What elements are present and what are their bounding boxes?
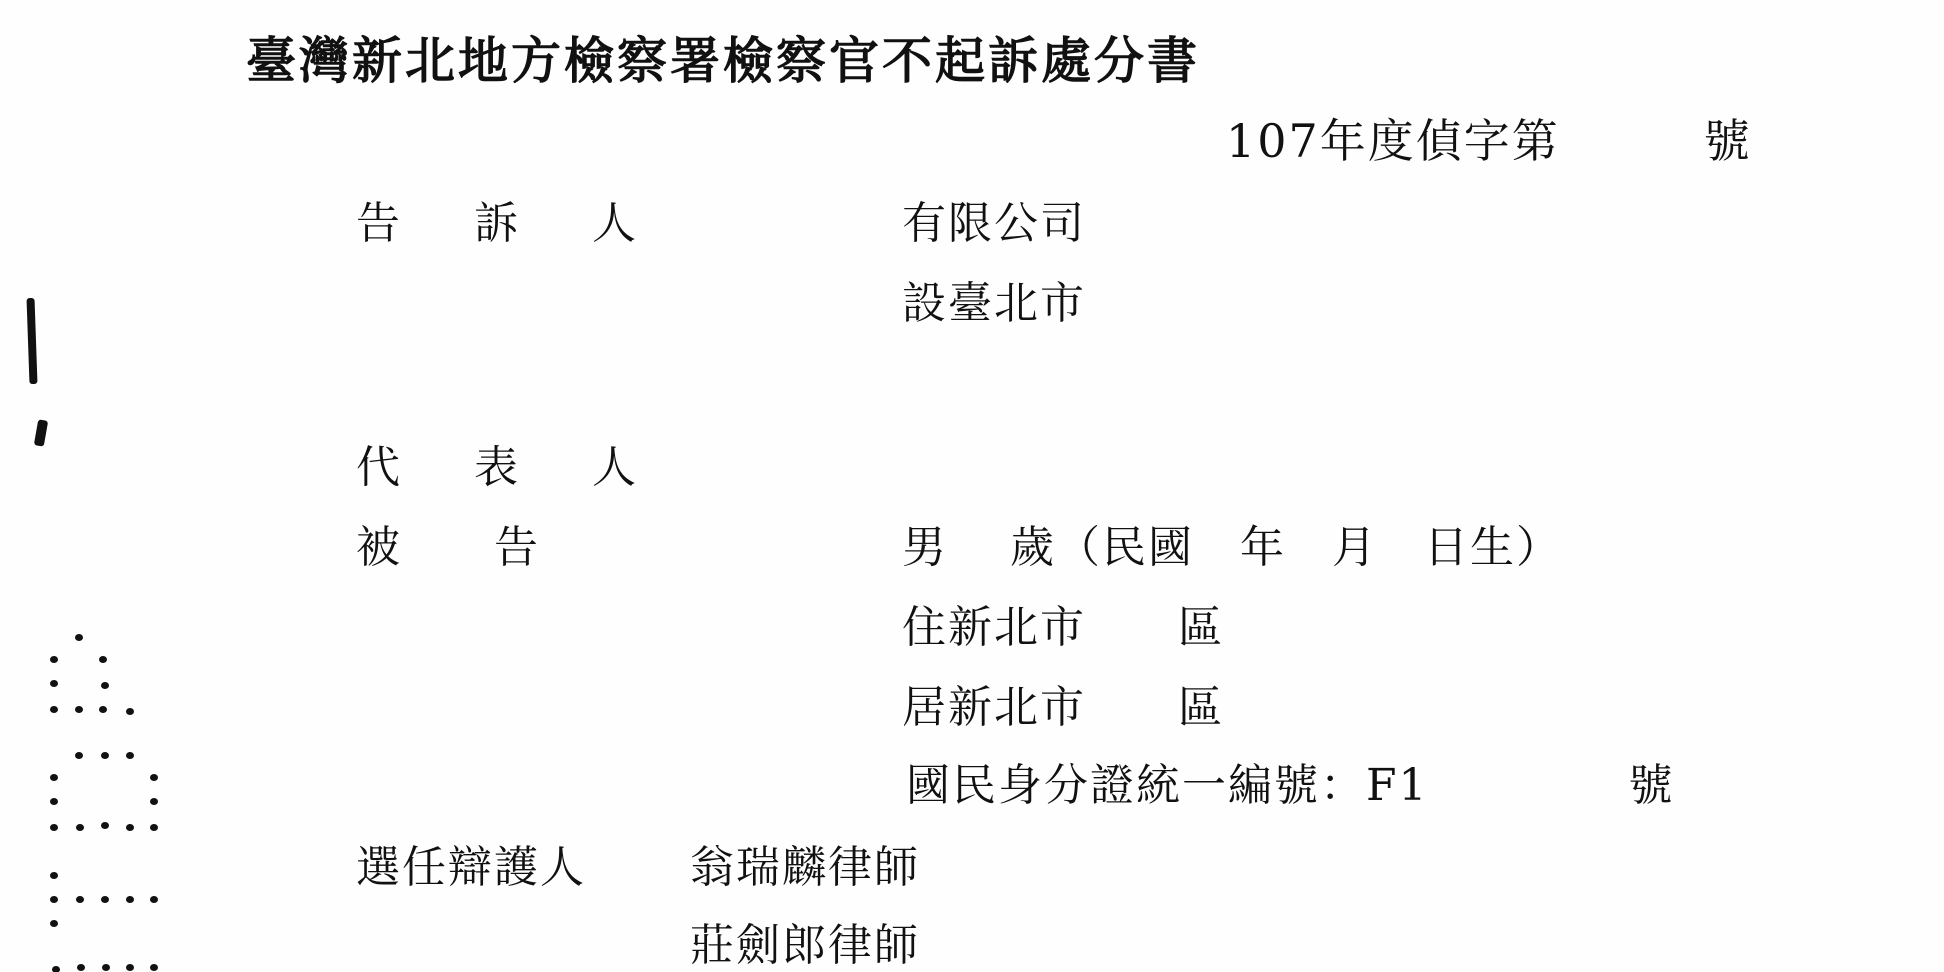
defense-counsel-label: 選任辯護人: [356, 846, 586, 890]
defendant-residence: 住新北市 區: [902, 606, 1224, 650]
defendant-dwelling: 居新北市 區: [902, 686, 1224, 730]
defendant-sex-age-birth: 男 歲（民國 年 月 日生）: [902, 526, 1562, 570]
representative-label: 代 表 人: [356, 446, 666, 490]
case-number: 107年度偵字第 號: [1226, 118, 1752, 164]
binding-mark: [34, 419, 48, 446]
document-page: 臺灣新北地方檢察署檢察官不起訴處分書 107年度偵字第 號 告 訴 人 有限公司…: [0, 0, 1944, 972]
defendant-label: 被 告: [356, 526, 540, 570]
complainant-name: 有限公司: [902, 202, 1086, 246]
complainant-address: 設臺北市: [902, 282, 1086, 326]
binding-mark: [27, 298, 38, 384]
defense-counsel-lawyer: 莊劍郎律師: [690, 924, 920, 968]
complainant-label: 告 訴 人: [356, 202, 666, 246]
document-title: 臺灣新北地方檢察署檢察官不起訴處分書: [246, 36, 1200, 86]
defendant-id-number: 國民身分證統一編號：F1 號: [906, 764, 1675, 808]
defense-counsel-lawyer: 翁瑞麟律師: [690, 846, 920, 890]
